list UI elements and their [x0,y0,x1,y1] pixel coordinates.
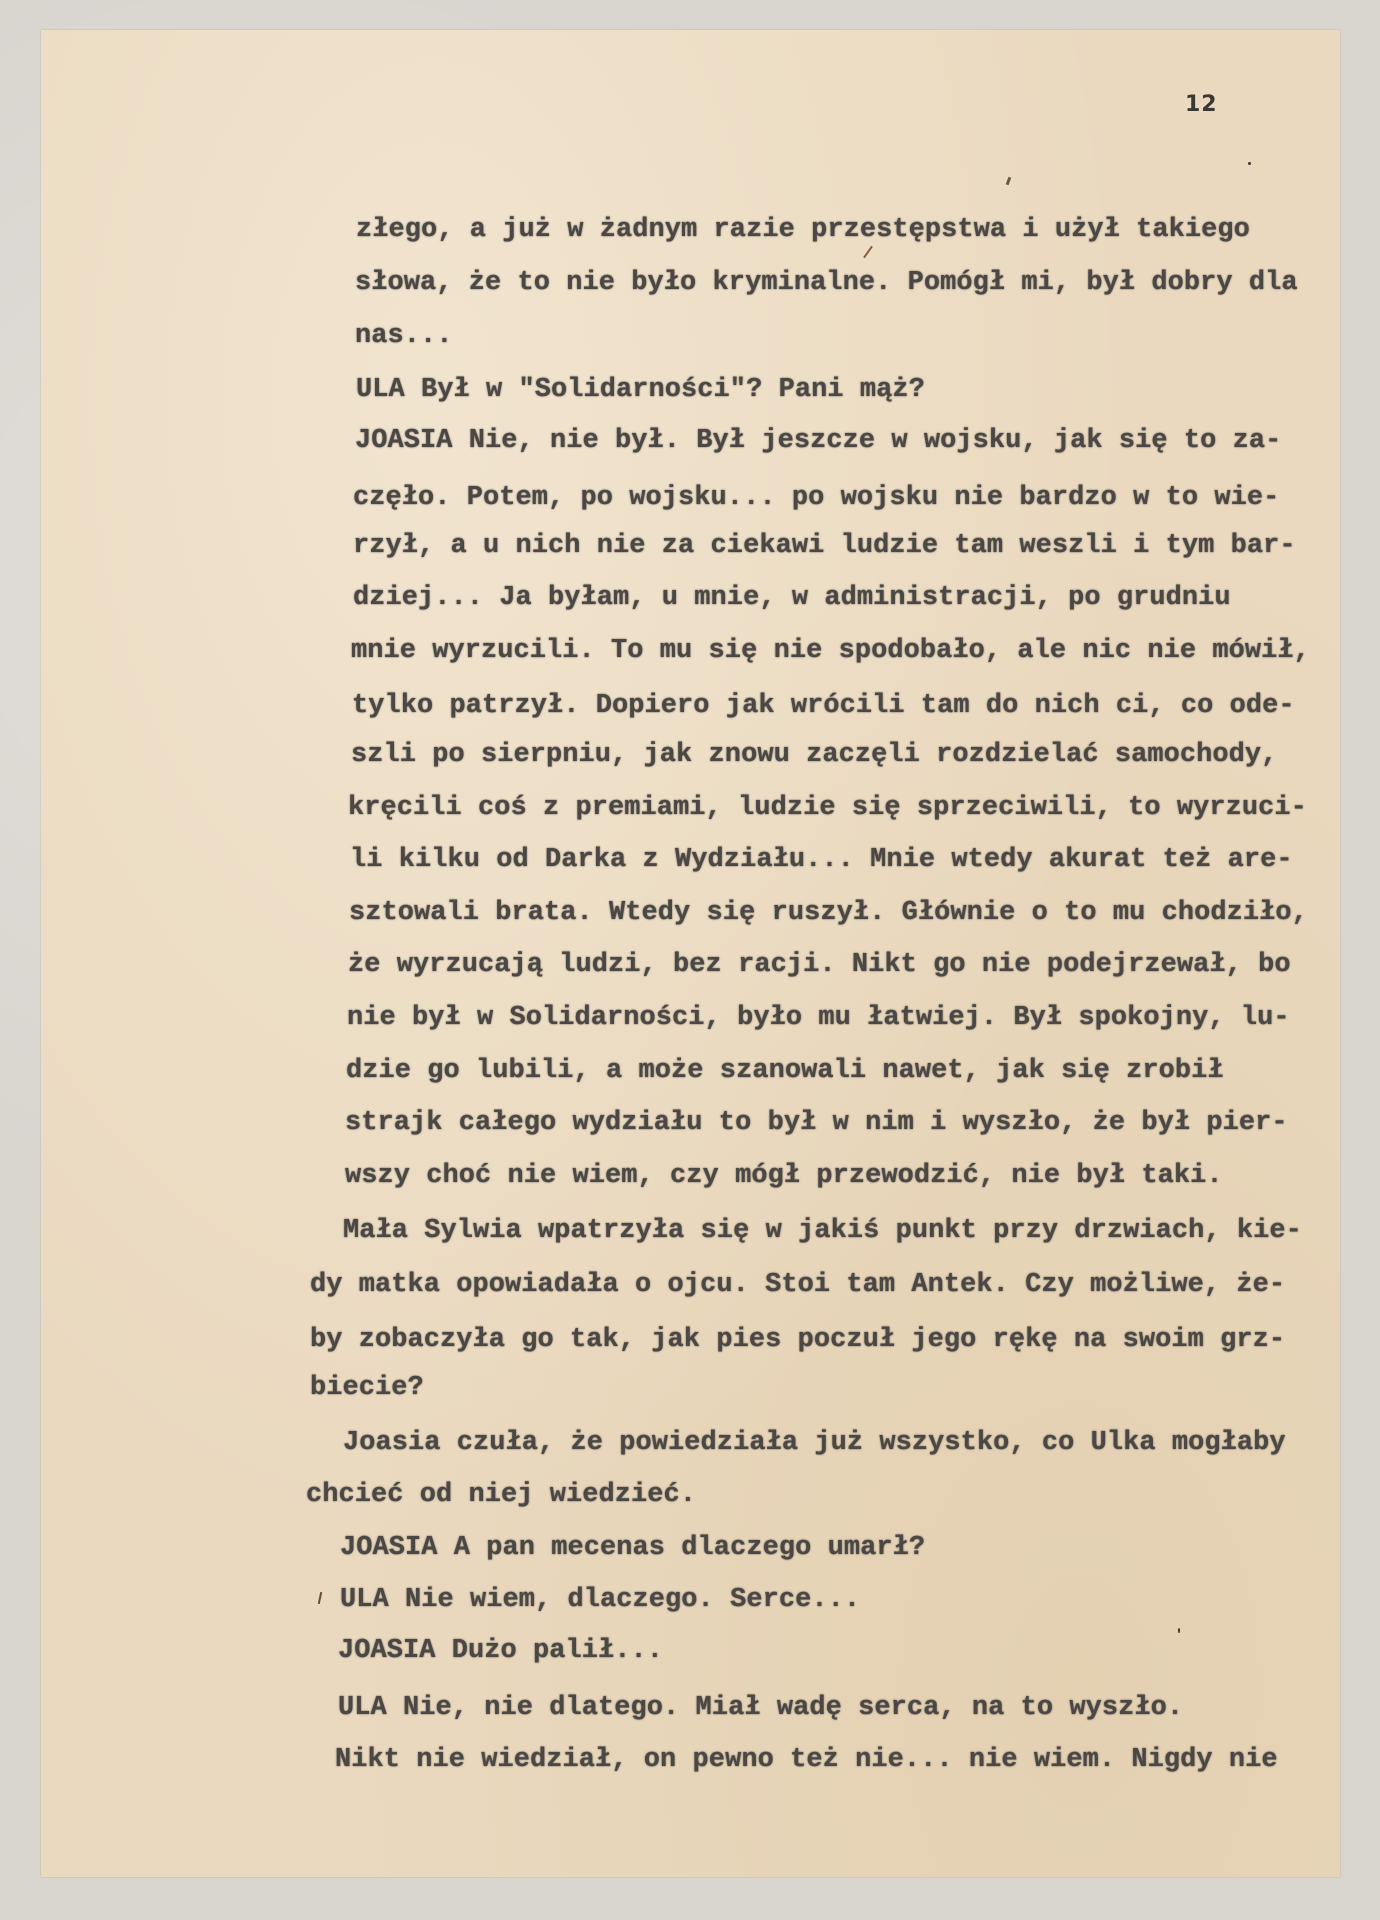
page-number: 12 [1185,92,1218,117]
ink-speck [1178,1628,1180,1633]
text-line: tylko patrzył. Dopiero jak wrócili tam d… [352,691,1295,721]
text-line: Mała Sylwia wpatrzyła się w jakiś punkt … [343,1216,1302,1246]
text-line: JOASIA Dużo palił... [338,1636,663,1666]
text-line: mnie wyrzucili. To mu się nie spodobało,… [351,636,1310,666]
text-line: strajk całego wydziału to był w nim i wy… [345,1108,1288,1138]
text-line: JOASIA Nie, nie był. Był jeszcze w wojsk… [355,426,1281,456]
text-line: ULA Nie wiem, dlaczego. Serce... [340,1585,860,1615]
text-line: Joasia czuła, że powiedziała już wszystk… [343,1428,1286,1458]
text-line: że wyrzucają ludzi, bez racji. Nikt go n… [348,950,1291,980]
text-line: słowa, że to nie było kryminalne. Pomógł… [355,268,1298,298]
text-line: li kilku od Darka z Wydziału... Mnie wte… [350,845,1293,875]
text-line: ULA Nie, nie dlatego. Miał wadę serca, n… [338,1693,1183,1723]
text-line: by zobaczyła go tak, jak pies poczuł jeg… [310,1325,1285,1355]
text-line: kręcili coś z premiami, ludzie się sprze… [348,793,1307,823]
text-line: nas... [355,321,453,351]
text-line: sztowali brata. Wtedy się ruszył. Główni… [349,898,1308,928]
text-line: chcieć od niej wiedzieć. [306,1480,696,1510]
text-line: ULA Był w "Solidarności"? Pani mąż? [356,375,925,405]
text-line: nie był w Solidarności, było mu łatwiej.… [347,1003,1290,1033]
ink-speck [1248,162,1251,165]
text-line: rzył, a u nich nie za ciekawi ludzie tam… [353,531,1296,561]
text-line: Nikt nie wiedział, on pewno też nie... n… [335,1745,1278,1775]
text-line: dy matka opowiadała o ojcu. Stoi tam Ant… [310,1270,1285,1300]
text-line: wszy choć nie wiem, czy mógł przewodzić,… [345,1161,1223,1191]
text-line: biecie? [310,1373,424,1403]
text-line: złego, a już w żadnym razie przestępstwa… [356,215,1250,245]
text-line: JOASIA A pan mecenas dlaczego umarł? [340,1533,925,1563]
text-line: częło. Potem, po wojsku... po wojsku nie… [353,483,1279,513]
text-line: dziej... Ja byłam, u mnie, w administrac… [353,583,1231,613]
text-line: dzie go lubili, a może szanowali nawet, … [346,1056,1224,1086]
text-line: szli po sierpniu, jak znowu zaczęli rozd… [351,740,1277,770]
